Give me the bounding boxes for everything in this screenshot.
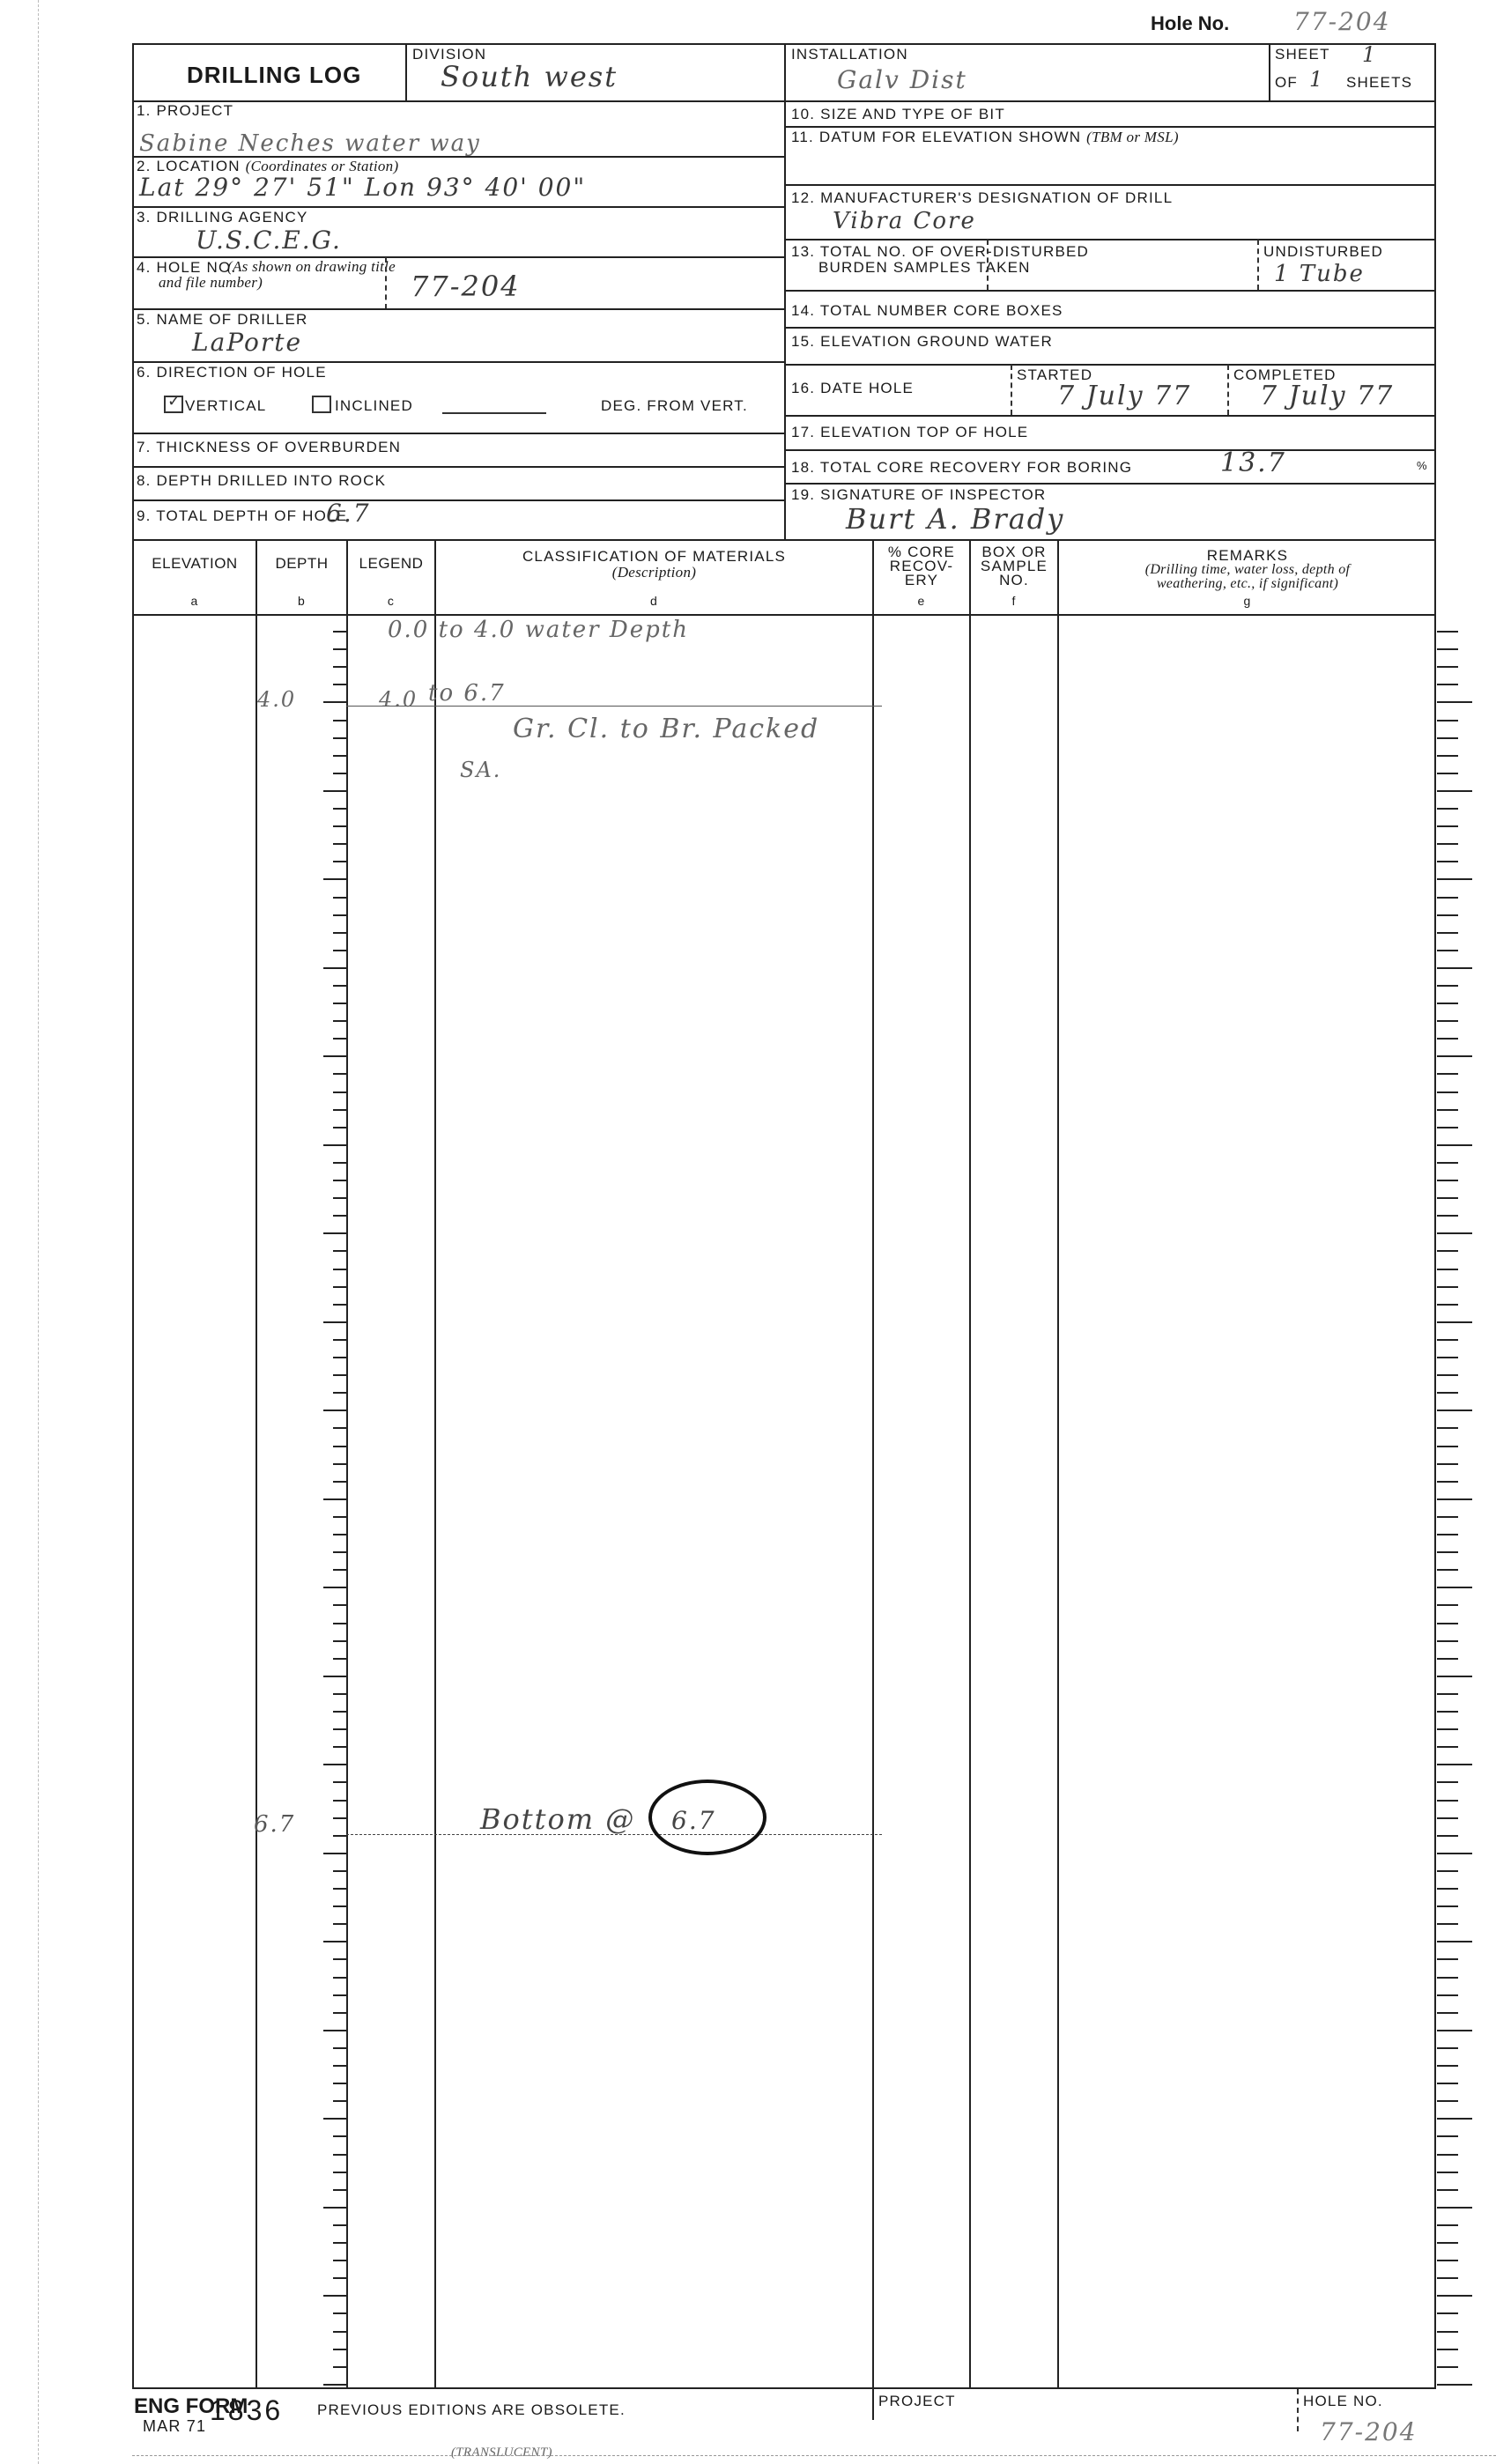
edge-tick	[1437, 2207, 1472, 2209]
edge-tick	[1437, 1835, 1458, 1837]
column-divider	[346, 539, 348, 2389]
edge-tick	[1437, 1250, 1458, 1252]
edge-tick	[1437, 2349, 1458, 2350]
check-icon: ✓	[167, 392, 181, 411]
divider	[1269, 43, 1270, 101]
vertical-checkbox[interactable]: ✓	[164, 396, 183, 413]
depth-tick	[333, 1870, 346, 1872]
depth-tick	[333, 2331, 346, 2333]
edge-tick	[1437, 1232, 1472, 1234]
depth-tick	[333, 631, 346, 633]
col-depth-header: DEPTH	[257, 555, 346, 573]
column-divider	[256, 539, 257, 2389]
col-core-letter: e	[874, 594, 969, 608]
depth-tick	[333, 2349, 346, 2350]
depth-tick	[333, 2047, 346, 2049]
edge-tick	[1437, 1463, 1458, 1465]
edge-tick	[1437, 1958, 1458, 1960]
samples-label-1: 13. TOTAL NO. OF OVER-	[791, 243, 993, 261]
edge-tick	[1437, 897, 1458, 899]
edge-tick	[1437, 1977, 1458, 1979]
edge-tick	[1437, 1321, 1472, 1323]
depth-tick	[333, 1286, 346, 1288]
divider	[1297, 2389, 1299, 2431]
edge-tick	[1437, 1038, 1458, 1040]
edge-tick	[1437, 1055, 1472, 1057]
entry-depth-bottom: 6.7	[254, 1811, 295, 1838]
edge-tick	[1437, 1853, 1472, 1854]
depth-tick	[333, 808, 346, 810]
depth-tick	[333, 1728, 346, 1730]
footer-hole-no-label: HOLE NO.	[1303, 2393, 1383, 2410]
edge-tick	[1437, 2260, 1458, 2261]
entry-water-depth: 0.0 to 4.0 water Depth	[388, 617, 689, 643]
edge-tick	[1437, 1215, 1458, 1217]
edge-tick	[1437, 1569, 1458, 1571]
edge-tick	[1437, 2083, 1458, 2084]
depth-tick	[333, 2012, 346, 2014]
driller-value: LaPorte	[192, 328, 302, 357]
depth-tick	[323, 2295, 346, 2297]
edge-tick	[1437, 1392, 1458, 1394]
edge-tick	[1437, 790, 1472, 792]
edge-tick	[1437, 1640, 1458, 1642]
depth-tick	[333, 1091, 346, 1093]
divider	[132, 499, 786, 501]
edge-tick	[1437, 2277, 1458, 2279]
edge-tick	[1437, 1905, 1458, 1907]
depth-tick	[333, 2224, 346, 2226]
column-divider	[434, 539, 436, 2389]
depth-tick	[333, 1374, 346, 1376]
edge-tick	[1437, 1923, 1458, 1925]
depth-tick	[333, 1994, 346, 1996]
divider	[405, 43, 407, 101]
divider	[784, 239, 1436, 240]
depth-tick	[333, 1446, 346, 1447]
undisturbed-value: 1 Tube	[1274, 261, 1365, 287]
edge-tick	[1437, 1498, 1472, 1500]
depth-tick	[333, 1073, 346, 1075]
edge-tick	[1437, 1410, 1472, 1411]
col-legend-letter: c	[348, 594, 434, 608]
depth-tick	[333, 2260, 346, 2261]
divider	[987, 240, 989, 290]
depth-tick	[323, 1410, 346, 1411]
datum-label-text: 11. DATUM FOR ELEVATION SHOWN	[791, 129, 1081, 145]
depth-tick	[333, 1339, 346, 1341]
divider	[132, 100, 1436, 102]
col-elevation-letter: a	[134, 594, 256, 608]
edge-tick	[1437, 1711, 1458, 1713]
date-label: 16. DATE HOLE	[791, 380, 914, 397]
depth-tick	[333, 1534, 346, 1535]
edge-tick	[1437, 1427, 1458, 1429]
divider	[1011, 365, 1012, 415]
depth-tick	[333, 1392, 346, 1394]
depth-tick	[333, 2189, 346, 2191]
margin-line	[38, 0, 39, 2464]
edge-tick	[1437, 2312, 1458, 2314]
depth-tick	[333, 1038, 346, 1040]
core-recovery-label: 18. TOTAL CORE RECOVERY FOR BORING	[791, 459, 1132, 477]
overburden-label: 7. THICKNESS OF OVERBURDEN	[137, 439, 401, 456]
col-remarks-subtitle-2: weathering, etc., if significant)	[1059, 576, 1436, 592]
edge-tick	[1437, 950, 1458, 951]
edge-tick	[1437, 701, 1472, 703]
depth-tick	[333, 1604, 346, 1606]
depth-tick	[323, 1144, 346, 1146]
edge-tick	[1437, 1003, 1458, 1004]
edge-tick	[1437, 2065, 1458, 2067]
depth-tick	[333, 684, 346, 685]
col-remarks-letter: g	[1059, 594, 1436, 608]
sheet-value: 1	[1362, 42, 1377, 67]
edge-tick	[1437, 1817, 1458, 1819]
edge-tick	[1437, 1144, 1472, 1146]
depth-tick	[333, 1977, 346, 1979]
depth-tick	[333, 1623, 346, 1624]
depth-tick	[333, 1463, 346, 1465]
entry-classification: Gr. Cl. to Br. Packed	[513, 714, 819, 744]
edge-tick	[1437, 825, 1458, 827]
depth-tick	[323, 790, 346, 792]
col-depth-letter: b	[257, 594, 346, 608]
depth-tick	[333, 1905, 346, 1907]
edge-tick	[1437, 1516, 1458, 1518]
depth-tick	[333, 2083, 346, 2084]
entry-depth-4: 4.0	[257, 687, 296, 712]
project-value: Sabine Neches water way	[139, 130, 481, 157]
top-elev-label: 17. ELEVATION TOP OF HOLE	[791, 424, 1028, 441]
edge-tick	[1437, 1374, 1458, 1376]
entry-to-6-7: to 6.7	[428, 680, 506, 707]
edge-tick	[1437, 1073, 1458, 1075]
hole-no-note-1: (As shown on drawing title	[227, 258, 396, 276]
sheets-label: SHEETS	[1346, 74, 1412, 92]
col-box-header-3: NO.	[971, 573, 1057, 588]
footer-hole-no-value: 77-204	[1320, 2417, 1418, 2446]
edge-tick	[1437, 720, 1458, 721]
depth-tick	[333, 2154, 346, 2156]
driller-label: 5. NAME OF DRILLER	[137, 311, 307, 329]
edge-tick	[1437, 967, 1472, 969]
samples-label-2: BURDEN SAMPLES TAKEN	[818, 259, 1031, 277]
depth-tick	[333, 914, 346, 916]
edge-tick	[1437, 932, 1458, 934]
total-depth-label: 9. TOTAL DEPTH OF HOLE	[137, 507, 347, 525]
depth-tick	[333, 1693, 346, 1695]
inclined-checkbox[interactable]	[312, 396, 331, 413]
of-value: 1	[1309, 67, 1324, 92]
col-classification-letter: d	[436, 594, 872, 608]
edge-tick	[1437, 2331, 1458, 2333]
translucent-note: (TRANSLUCENT)	[451, 2446, 552, 2460]
depth-tick	[333, 1551, 346, 1553]
edge-tick	[1437, 1551, 1458, 1553]
edge-tick	[1437, 1941, 1472, 1942]
edge-tick	[1437, 1728, 1458, 1730]
depth-tick	[333, 737, 346, 739]
edge-tick	[1437, 2100, 1458, 2102]
depth-tick	[323, 1232, 346, 1234]
col-legend-header: LEGEND	[348, 555, 434, 573]
datum-label-note: (TBM or MSL)	[1086, 129, 1179, 145]
layer-boundary-line	[346, 706, 882, 707]
edge-tick	[1437, 2384, 1472, 2386]
edge-tick	[1437, 1091, 1458, 1093]
core-recovery-value: 13.7	[1220, 448, 1286, 478]
edge-tick	[1437, 2118, 1472, 2120]
depth-tick	[333, 1746, 346, 1748]
depth-tick	[323, 2207, 346, 2209]
edge-tick	[1437, 755, 1458, 757]
edge-tick	[1437, 1534, 1458, 1535]
column-divider	[872, 539, 874, 2389]
edge-tick	[1437, 1197, 1458, 1199]
depth-tick	[333, 1888, 346, 1890]
depth-tick	[333, 2312, 346, 2314]
depth-tick	[333, 1516, 346, 1518]
edge-tick	[1437, 1994, 1458, 1996]
depth-tick	[333, 1003, 346, 1004]
deg-label: DEG. FROM VERT.	[601, 397, 748, 415]
vertical-label: VERTICAL	[185, 397, 266, 415]
edge-tick	[1437, 1357, 1458, 1358]
edge-tick	[1437, 1604, 1458, 1606]
depth-tick	[333, 1109, 346, 1111]
col-classification-header: CLASSIFICATION OF MATERIALS	[436, 548, 872, 566]
depth-tick	[323, 1941, 346, 1942]
depth-tick	[323, 1676, 346, 1677]
divider	[132, 361, 786, 363]
depth-tick	[333, 1162, 346, 1164]
inclined-degrees-field[interactable]	[442, 412, 546, 414]
of-label: OF	[1275, 74, 1298, 92]
form-date: MAR 71	[143, 2417, 206, 2436]
divider	[132, 308, 786, 310]
edge-tick	[1437, 2189, 1458, 2191]
col-classification-subtitle: (Description)	[436, 564, 872, 581]
rock-label: 8. DEPTH DRILLED INTO ROCK	[137, 472, 386, 490]
hole-no-caption-value: 77-204	[1293, 7, 1391, 36]
project-label: 1. PROJECT	[137, 102, 233, 120]
started-value: 7 July 77	[1057, 381, 1191, 411]
percent-sign: %	[1417, 459, 1428, 472]
entry-sand: SA.	[460, 758, 501, 782]
inspector-label: 19. SIGNATURE OF INSPECTOR	[791, 486, 1046, 504]
edge-tick	[1437, 2224, 1458, 2226]
depth-tick	[333, 932, 346, 934]
edge-tick	[1437, 666, 1458, 668]
divider	[132, 539, 1436, 541]
depth-tick	[333, 720, 346, 721]
edge-tick	[1437, 985, 1458, 987]
inspector-signature: Burt A. Brady	[846, 502, 1064, 536]
depth-tick	[333, 1923, 346, 1925]
divider	[784, 327, 1436, 329]
edge-tick	[1437, 2295, 1472, 2297]
depth-tick	[333, 1481, 346, 1483]
depth-tick	[323, 967, 346, 969]
edge-tick	[1437, 1020, 1458, 1022]
undisturbed-label: UNDISTURBED	[1263, 243, 1383, 261]
depth-tick	[333, 1269, 346, 1270]
entry-bottom: Bottom @	[480, 1802, 635, 1836]
col-box-letter: f	[971, 594, 1057, 608]
entry-legend-4: 4.0	[379, 687, 418, 712]
obsolete-note: PREVIOUS EDITIONS ARE OBSOLETE.	[317, 2401, 626, 2419]
total-depth-value: 6.7	[326, 499, 371, 528]
depth-tick	[333, 1658, 346, 1660]
edge-tick	[1437, 1286, 1458, 1288]
edge-tick	[1437, 1888, 1458, 1890]
edge-tick	[1437, 2172, 1458, 2173]
depth-tick	[333, 1250, 346, 1252]
divider	[132, 206, 786, 208]
edge-tick	[1437, 808, 1458, 810]
depth-tick	[323, 701, 346, 703]
edge-tick	[1437, 648, 1458, 650]
edge-tick	[1437, 1658, 1458, 1660]
depth-tick	[333, 985, 346, 987]
edge-tick	[1437, 2030, 1472, 2031]
installation-label: INSTALLATION	[791, 46, 908, 63]
depth-tick	[333, 1357, 346, 1358]
edge-tick	[1437, 914, 1458, 916]
depth-tick	[333, 2366, 346, 2368]
edge-tick	[1437, 684, 1458, 685]
depth-tick	[333, 1835, 346, 1837]
depth-tick	[333, 2065, 346, 2067]
depth-tick	[333, 648, 346, 650]
depth-tick	[333, 1817, 346, 1819]
edge-tick	[1437, 1870, 1458, 1872]
bit-label: 10. SIZE AND TYPE OF BIT	[791, 106, 1005, 123]
drill-label: 12. MANUFACTURER'S DESIGNATION OF DRILL	[791, 189, 1173, 207]
depth-tick	[323, 1498, 346, 1500]
divider	[385, 257, 387, 309]
edge-tick	[1437, 1304, 1458, 1306]
depth-tick	[333, 1215, 346, 1217]
depth-tick	[333, 1020, 346, 1022]
edge-tick	[1437, 1587, 1472, 1588]
disturbed-label: DISTURBED	[993, 243, 1089, 261]
edge-tick	[1437, 878, 1472, 880]
drill-value: Vibra Core	[833, 208, 976, 234]
edge-tick	[1437, 843, 1458, 845]
col-elevation-header: ELEVATION	[134, 555, 256, 573]
edge-tick	[1437, 1746, 1458, 1748]
edge-tick	[1437, 2242, 1458, 2244]
core-boxes-label: 14. TOTAL NUMBER CORE BOXES	[791, 302, 1063, 320]
form-title: DRILLING LOG	[187, 62, 361, 89]
depth-tick	[333, 1958, 346, 1960]
depth-tick	[333, 1127, 346, 1128]
divider	[784, 364, 1436, 366]
edge-tick	[1437, 1162, 1458, 1164]
edge-tick	[1437, 1676, 1472, 1677]
depth-tick	[333, 897, 346, 899]
divider	[784, 126, 1436, 128]
edge-tick	[1437, 861, 1458, 862]
divider	[132, 466, 786, 468]
depth-tick	[323, 1321, 346, 1323]
hole-no-value: 77-204	[411, 270, 521, 303]
divider	[784, 184, 1436, 186]
depth-tick	[333, 2100, 346, 2102]
edge-tick	[1437, 1623, 1458, 1624]
depth-tick	[333, 2172, 346, 2173]
edge-tick	[1437, 1693, 1458, 1695]
datum-label: 11. DATUM FOR ELEVATION SHOWN (TBM or MS…	[791, 129, 1179, 146]
depth-tick	[333, 843, 346, 845]
divider	[784, 290, 1436, 292]
sheet-label: SHEET	[1275, 46, 1330, 63]
depth-tick	[333, 1569, 346, 1571]
depth-tick	[333, 1640, 346, 1642]
depth-tick	[333, 755, 346, 757]
edge-tick	[1437, 1481, 1458, 1483]
edge-tick	[1437, 773, 1458, 774]
depth-tick	[333, 2242, 346, 2244]
footer-bottom-rule	[132, 2455, 1496, 2456]
agency-value: U.S.C.E.G.	[196, 226, 342, 255]
edge-tick	[1437, 2154, 1458, 2156]
edge-tick	[1437, 737, 1458, 739]
depth-tick	[333, 773, 346, 774]
completed-value: 7 July 77	[1260, 381, 1394, 411]
form-number: 1836	[210, 2394, 283, 2427]
edge-tick	[1437, 1800, 1458, 1802]
edge-tick	[1437, 1781, 1458, 1783]
depth-tick	[323, 1587, 346, 1588]
depth-tick	[333, 666, 346, 668]
depth-tick	[333, 1197, 346, 1199]
edge-tick	[1437, 1127, 1458, 1128]
divider	[872, 2389, 874, 2420]
divider	[132, 433, 786, 434]
edge-tick	[1437, 2366, 1458, 2368]
location-value: Lat 29° 27' 51" Lon 93° 40' 00"	[139, 173, 586, 202]
depth-tick	[333, 1711, 346, 1713]
divider	[784, 449, 1436, 451]
footer-project-label: PROJECT	[878, 2393, 956, 2410]
agency-label: 3. DRILLING AGENCY	[137, 209, 308, 226]
depth-tick	[333, 950, 346, 951]
edge-tick	[1437, 2012, 1458, 2014]
edge-tick	[1437, 2047, 1458, 2049]
depth-tick	[333, 1800, 346, 1802]
depth-tick	[323, 1764, 346, 1765]
edge-tick	[1437, 1339, 1458, 1341]
depth-tick	[333, 825, 346, 827]
edge-tick	[1437, 2135, 1458, 2137]
column-divider	[969, 539, 971, 2389]
division-value: South west	[441, 60, 618, 93]
col-core-header-3: ERY	[874, 573, 969, 588]
edge-tick	[1437, 1269, 1458, 1270]
installation-value: Galv Dist	[837, 65, 967, 94]
depth-tick	[323, 2030, 346, 2031]
edge-tick	[1437, 1109, 1458, 1111]
depth-tick	[333, 1304, 346, 1306]
divider	[1257, 240, 1259, 290]
depth-tick	[323, 2118, 346, 2120]
depth-tick	[333, 1781, 346, 1783]
hole-no-note-2: and file number)	[159, 274, 263, 292]
depth-tick	[333, 2277, 346, 2279]
